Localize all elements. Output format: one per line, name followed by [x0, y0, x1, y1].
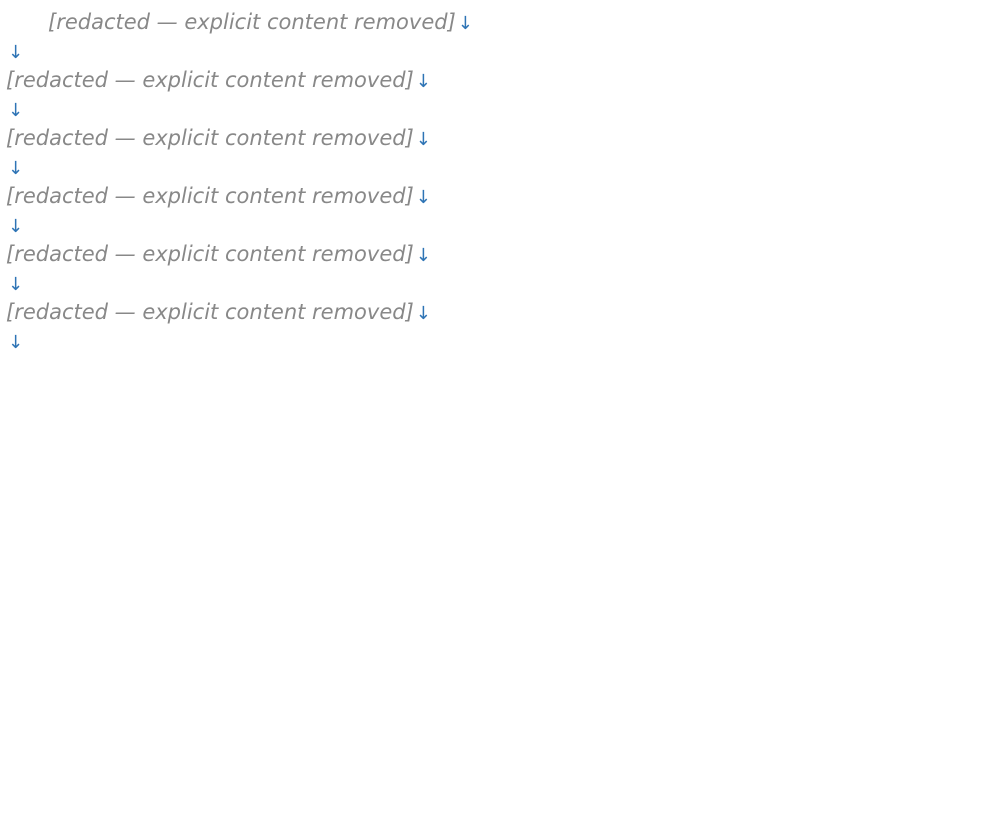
blank-line: ↓ — [6, 153, 986, 182]
line-break-mark-icon: ↓ — [456, 13, 473, 34]
line-break-mark-icon: ↓ — [414, 71, 431, 92]
line-break-mark-icon: ↓ — [6, 332, 23, 353]
blank-line: ↓ — [6, 37, 986, 66]
line-break-mark-icon: ↓ — [6, 274, 23, 295]
blank-line: ↓ — [6, 269, 986, 298]
paragraph-text: [redacted — explicit content removed] — [6, 184, 414, 208]
paragraph: [redacted — explicit content removed]↓ — [6, 66, 986, 95]
line-break-mark-icon: ↓ — [414, 187, 431, 208]
paragraph-text: [redacted — explicit content removed] — [48, 10, 456, 34]
paragraph-text: [redacted — explicit content removed] — [6, 68, 414, 92]
line-break-mark-icon: ↓ — [414, 245, 431, 266]
paragraph-text: [redacted — explicit content removed] — [6, 300, 414, 324]
paragraph-text: [redacted — explicit content removed] — [6, 242, 414, 266]
line-break-mark-icon: ↓ — [6, 42, 23, 63]
paragraph: [redacted — explicit content removed]↓ — [6, 182, 986, 211]
document-page: [redacted — explicit content removed]↓↓[… — [0, 0, 992, 364]
line-break-mark-icon: ↓ — [414, 303, 431, 324]
line-break-mark-icon: ↓ — [6, 216, 23, 237]
paragraph: [redacted — explicit content removed]↓ — [6, 124, 986, 153]
paragraph: [redacted — explicit content removed]↓ — [6, 8, 986, 37]
blank-line: ↓ — [6, 95, 986, 124]
paragraph: [redacted — explicit content removed]↓ — [6, 240, 986, 269]
line-break-mark-icon: ↓ — [414, 129, 431, 150]
paragraph: [redacted — explicit content removed]↓ — [6, 298, 986, 327]
line-break-mark-icon: ↓ — [6, 100, 23, 121]
blank-line: ↓ — [6, 327, 986, 356]
blank-line: ↓ — [6, 211, 986, 240]
line-break-mark-icon: ↓ — [6, 158, 23, 179]
paragraph-text: [redacted — explicit content removed] — [6, 126, 414, 150]
